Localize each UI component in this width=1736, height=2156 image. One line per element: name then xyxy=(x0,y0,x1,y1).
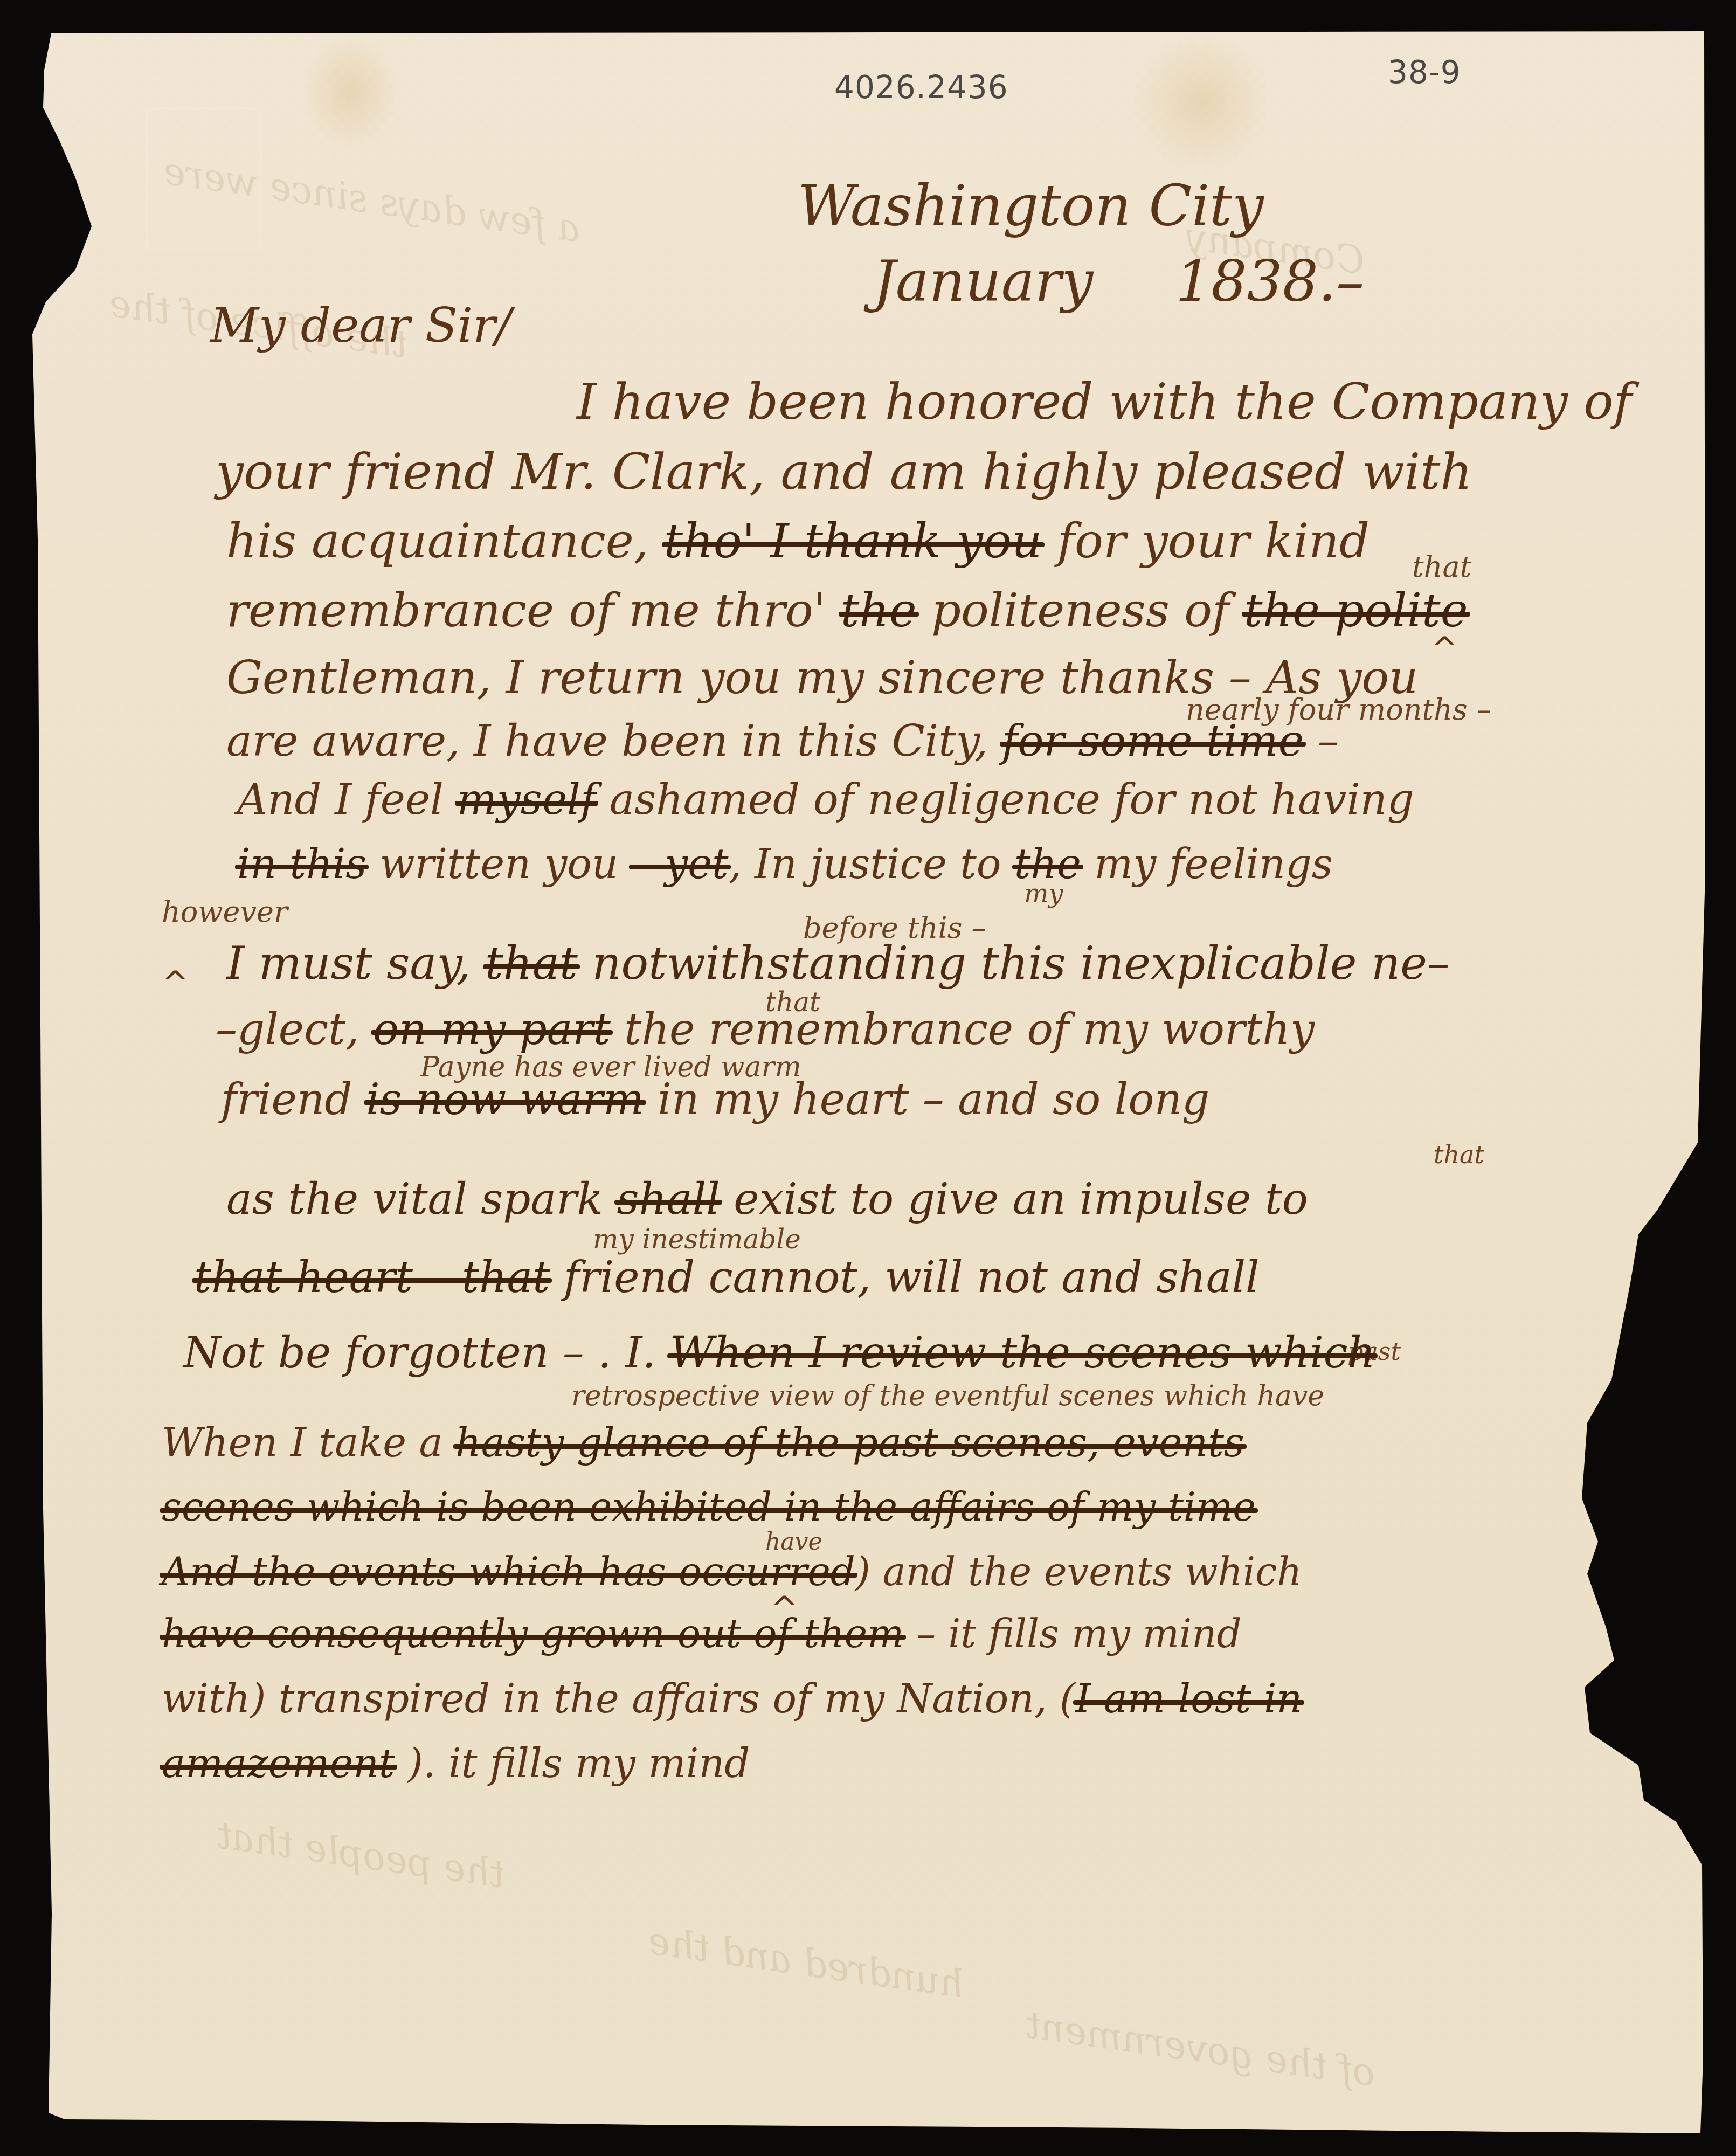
place-line: Washington City xyxy=(798,178,1264,234)
letter-line: as the vital spark shall exist to give a… xyxy=(226,1178,1308,1221)
struck-text: that xyxy=(485,937,578,990)
struck-text: I am lost in xyxy=(1075,1676,1302,1722)
struck-text: hasty glance of the past scenes, events xyxy=(455,1420,1244,1466)
bleed-through-text: hundred and the xyxy=(645,1918,966,2006)
insertion: my inestimable xyxy=(593,1224,801,1255)
salutation: My dear Sir/ xyxy=(210,302,511,349)
struck-text: that xyxy=(462,1252,550,1302)
letter-line: friend is now warm in my heart – and so … xyxy=(221,1078,1209,1121)
letter-line: with) transpired in the affairs of my Na… xyxy=(162,1679,1302,1719)
struck-text: the polite xyxy=(1244,584,1468,638)
water-stain xyxy=(1132,32,1272,172)
struck-text: for some time xyxy=(1002,716,1304,766)
letter-line: are aware, I have been in this City, for… xyxy=(226,720,1339,763)
letter-line: remembrance of me thro' the politeness o… xyxy=(226,588,1468,634)
letter-line: I have been honored with the Company of xyxy=(577,377,1632,427)
struck-text: is now warm xyxy=(366,1074,644,1124)
struck-text: And the events which has occurred xyxy=(162,1549,855,1594)
bleed-through-text: the people that xyxy=(214,1813,508,1897)
folio-mark: 38-9 xyxy=(1388,54,1461,91)
letter-line: I must say, that notwithstanding this in… xyxy=(226,941,1450,986)
letter-line: in this written you – yet, In justice to… xyxy=(237,844,1333,884)
struck-text: myself xyxy=(457,776,596,824)
letter-paper: a few days since were the office of the … xyxy=(0,0,1736,2156)
insertion: that xyxy=(1412,550,1471,584)
letter-line: that heart – that friend cannot, will no… xyxy=(194,1256,1260,1299)
insertion-caret: ^ xyxy=(771,1590,798,1628)
struck-text: amazement xyxy=(162,1740,395,1787)
date-line: January 1838.– xyxy=(873,253,1364,309)
struck-text: the xyxy=(841,584,917,638)
letter-line: his acquaintance, tho' I thank you for y… xyxy=(226,517,1370,565)
letter-line: When I take a hasty glance of the past s… xyxy=(162,1423,1244,1463)
struck-text: that heart – xyxy=(194,1252,462,1302)
struck-text: the xyxy=(1014,840,1081,888)
bleed-through-text: of the government xyxy=(1022,2002,1378,2095)
letter-line: have consequently grown out of them – it… xyxy=(162,1614,1242,1653)
insertion-caret: ^ xyxy=(1431,631,1458,668)
struck-text: in this xyxy=(237,840,366,888)
letter-line: scenes which is been exhibited in the af… xyxy=(162,1488,1256,1526)
struck-text: scenes which is been exhibited in the af… xyxy=(162,1484,1256,1530)
letter-line: And the events which has occurred) and t… xyxy=(162,1552,1302,1591)
struck-text: – yet xyxy=(631,840,729,888)
insertion: retrospective view of the eventful scene… xyxy=(571,1380,1324,1412)
letter-line: And I feel myself ashamed of negligence … xyxy=(237,779,1414,821)
letter-line: your friend Mr. Clark, and am highly ple… xyxy=(216,447,1472,497)
struck-text: When I review the scenes which xyxy=(669,1328,1375,1378)
letter-line: Not be forgotten – . I. When I review th… xyxy=(183,1331,1375,1374)
insertion-caret: ^ xyxy=(162,965,189,1003)
catalog-number: 4026.2436 xyxy=(834,69,1008,106)
struck-text: on my part xyxy=(373,1004,611,1054)
letter-line: amazement ). it fills my mind xyxy=(162,1744,750,1784)
insertion: however xyxy=(162,895,288,929)
insertion: that xyxy=(1434,1140,1484,1169)
water-stain xyxy=(302,32,399,151)
struck-text: tho' I thank you xyxy=(664,513,1042,569)
struck-text: shall xyxy=(617,1174,720,1224)
letter-line: –glect, on my part the remembrance of my… xyxy=(216,1008,1315,1051)
